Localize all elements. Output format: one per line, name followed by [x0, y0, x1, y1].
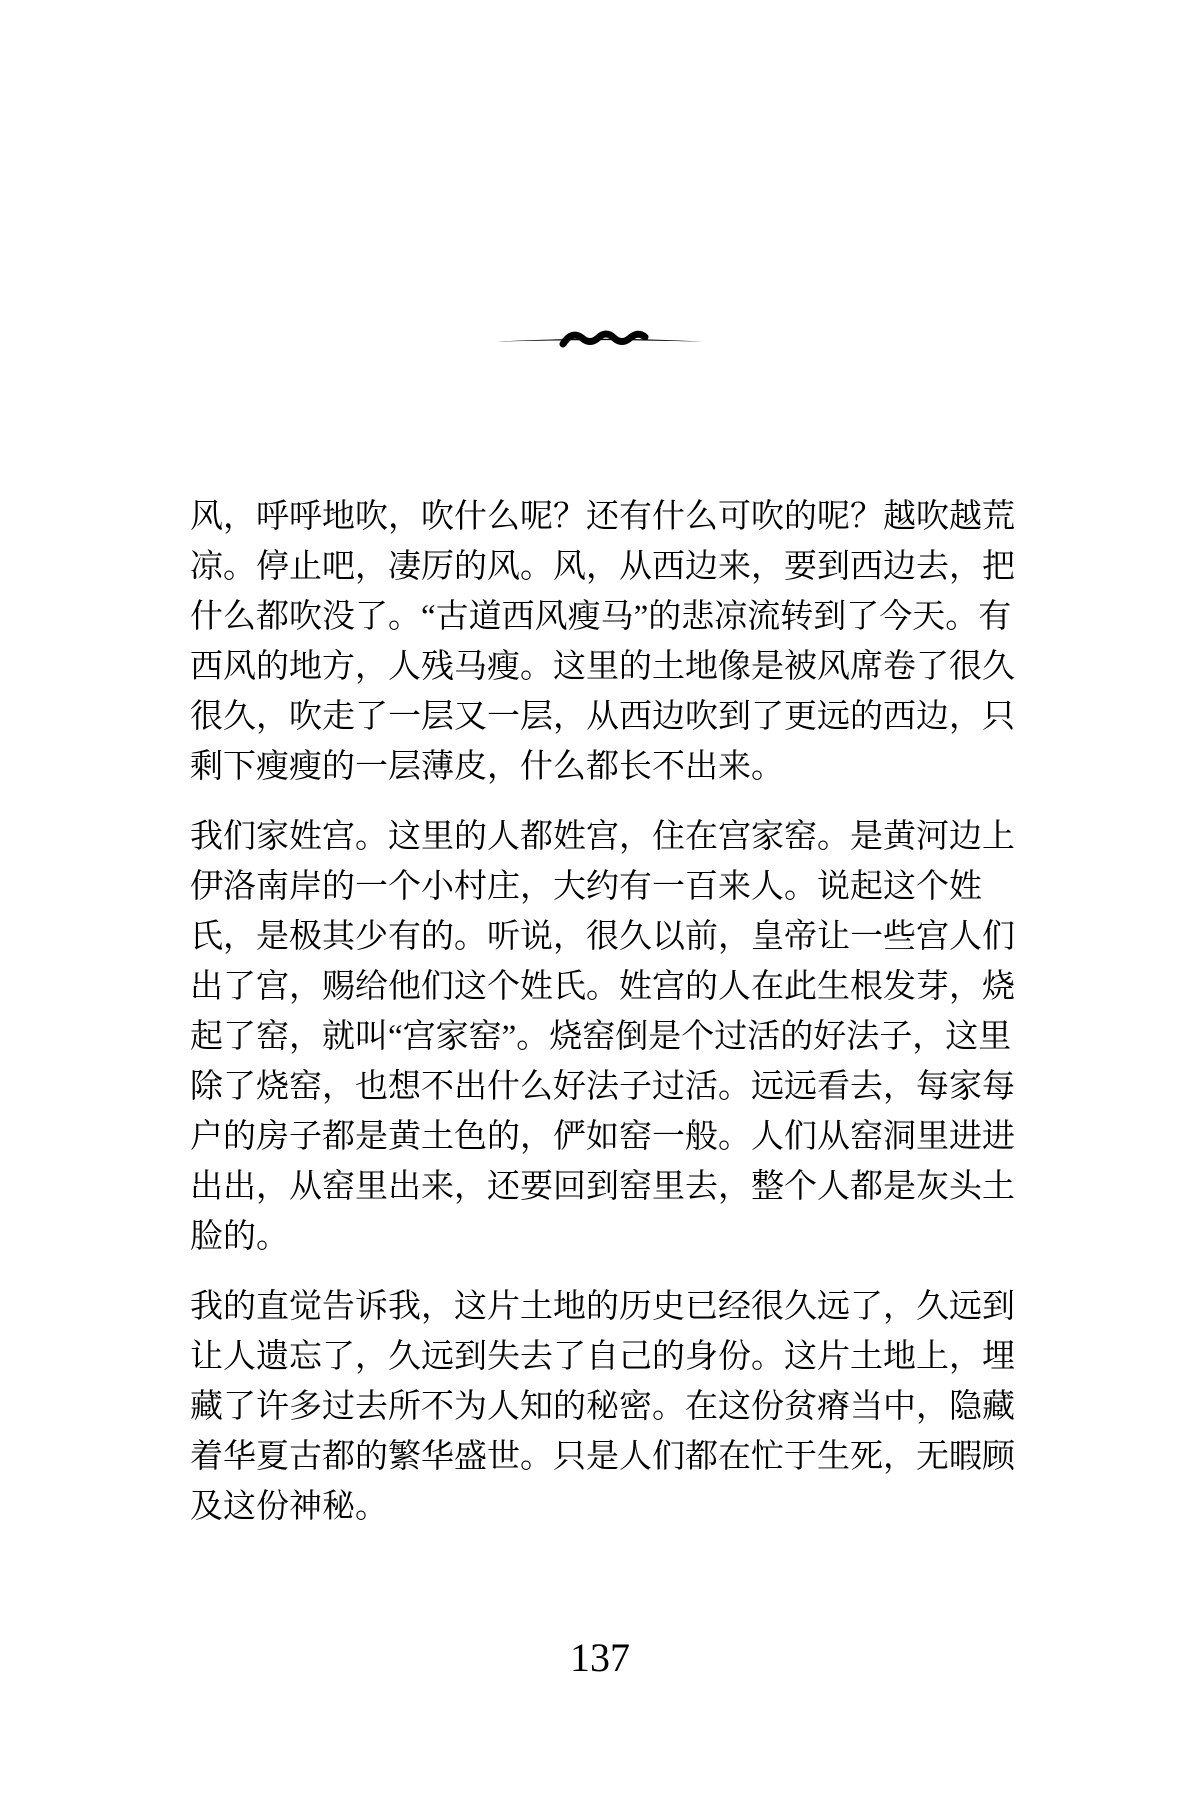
text-line: 让人遗忘了，久远到失去了自己的身份。这片土地上，埋: [190, 1332, 1025, 1382]
text-line: 户的房子都是黄土色的，俨如窑一般。人们从窑洞里进进: [190, 1112, 1025, 1162]
text-line: 着华夏古都的繁华盛世。只是人们都在忙于生死，无暇顾: [190, 1432, 1025, 1482]
text-line: 脸的。: [190, 1212, 1025, 1262]
text-line: 氏，是极其少有的。听说，很久以前，皇帝让一些宫人们: [190, 912, 1025, 962]
text-line: 西风的地方，人残马瘦。这里的土地像是被风席卷了很久: [190, 642, 1025, 692]
text-line: 凉。停止吧，凄厉的风。风，从西边来，要到西边去，把: [190, 542, 1025, 592]
text-line: 风，呼呼地吹，吹什么呢？还有什么可吹的呢？越吹越荒: [190, 492, 1025, 542]
text-line: 出出，从窑里出来，还要回到窑里去，整个人都是灰头土: [190, 1162, 1025, 1212]
text-line: 藏了许多过去所不为人知的秘密。在这份贫瘠当中，隐藏: [190, 1382, 1025, 1432]
text-line: 我的直觉告诉我，这片土地的历史已经很久远了，久远到: [190, 1282, 1025, 1332]
paragraph-2: 我们家姓宫。这里的人都姓宫，住在宫家窑。是黄河边上 伊洛南岸的一个小村庄，大约有…: [190, 812, 1025, 1262]
body-text: 风，呼呼地吹，吹什么呢？还有什么可吹的呢？越吹越荒 凉。停止吧，凄厉的风。风，从…: [190, 492, 1025, 1552]
text-line: 出了宫，赐给他们这个姓氏。姓宫的人在此生根发芽，烧: [190, 962, 1025, 1012]
section-divider-ornament: [495, 327, 705, 351]
text-line: 我们家姓宫。这里的人都姓宫，住在宫家窑。是黄河边上: [190, 812, 1025, 862]
paragraph-1: 风，呼呼地吹，吹什么呢？还有什么可吹的呢？越吹越荒 凉。停止吧，凄厉的风。风，从…: [190, 492, 1025, 792]
page-number: 137: [0, 1634, 1200, 1682]
text-line: 很久，吹走了一层又一层，从西边吹到了更远的西边，只: [190, 692, 1025, 742]
paragraph-3: 我的直觉告诉我，这片土地的历史已经很久远了，久远到 让人遗忘了，久远到失去了自己…: [190, 1282, 1025, 1532]
text-line: 剩下瘦瘦的一层薄皮，什么都长不出来。: [190, 742, 1025, 792]
text-line: 起了窑，就叫“宫家窑”。烧窑倒是个过活的好法子，这里: [190, 1012, 1025, 1062]
text-line: 除了烧窑，也想不出什么好法子过活。远远看去，每家每: [190, 1062, 1025, 1112]
text-line: 什么都吹没了。“古道西风瘦马”的悲凉流转到了今天。有: [190, 592, 1025, 642]
text-line: 伊洛南岸的一个小村庄，大约有一百来人。说起这个姓: [190, 862, 1025, 912]
text-line: 及这份神秘。: [190, 1482, 1025, 1532]
book-page: 风，呼呼地吹，吹什么呢？还有什么可吹的呢？越吹越荒 凉。停止吧，凄厉的风。风，从…: [0, 0, 1200, 1800]
